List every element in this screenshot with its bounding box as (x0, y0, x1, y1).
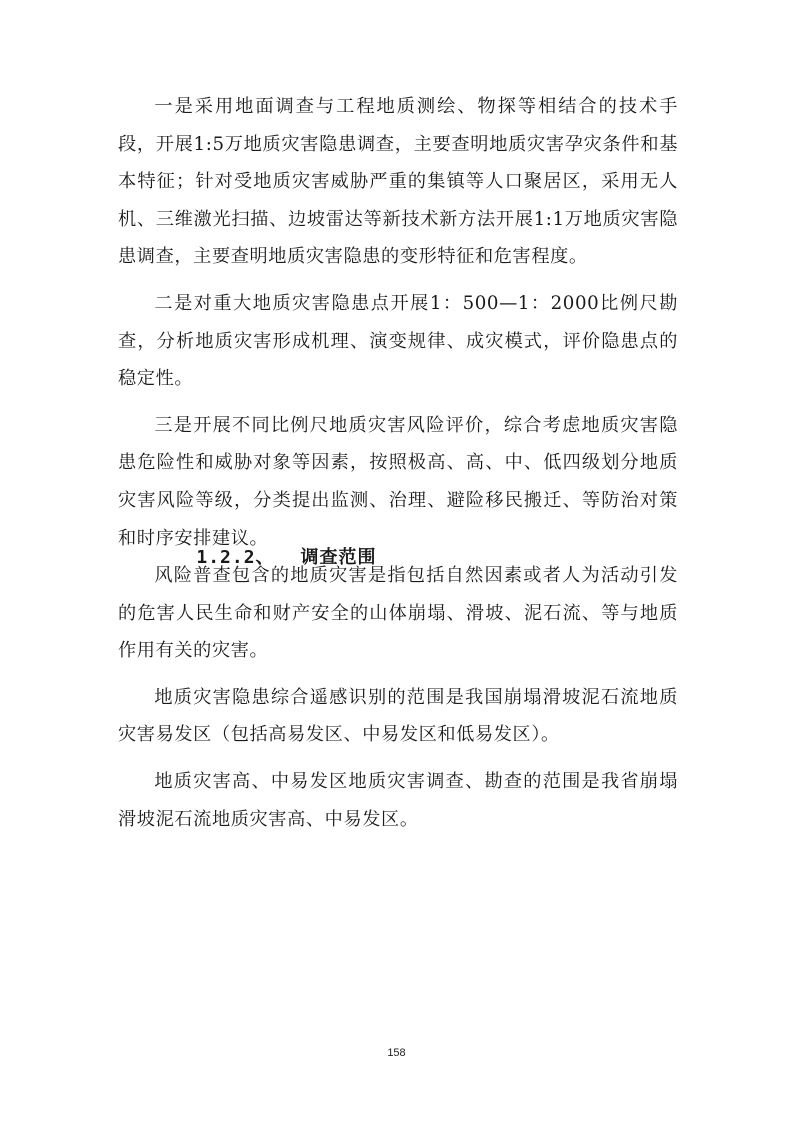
paragraph-1: 一是采用地面调查与工程地质测绘、物探等相结合的技术手段，开展1:5万地质灾害隐患… (118, 88, 678, 276)
page-number: 158 (0, 1047, 793, 1059)
paragraph-5: 地质灾害隐患综合遥感识别的范围是我国崩塌滑坡泥石流地质灾害易发区（包括高易发区、… (118, 679, 678, 754)
paragraph-2: 二是对重大地质灾害隐患点开展1：500—1：2000比例尺勘查，分析地质灾害形成… (118, 285, 678, 398)
document-page: 一是采用地面调查与工程地质测绘、物探等相结合的技术手段，开展1:5万地质灾害隐患… (0, 0, 793, 1122)
paragraph-4: 风险普查包含的地质灾害是指包括自然因素或者人为活动引发的危害人民生命和财产安全的… (118, 557, 678, 670)
section-1-body: 一是采用地面调查与工程地质测绘、物探等相结合的技术手段，开展1:5万地质灾害隐患… (118, 88, 678, 557)
paragraph-6: 地质灾害高、中易发区地质灾害调查、勘查的范围是我省崩塌滑坡泥石流地质灾害高、中易… (118, 763, 678, 838)
section-2-body: 风险普查包含的地质灾害是指包括自然因素或者人为活动引发的危害人民生命和财产安全的… (118, 557, 678, 838)
